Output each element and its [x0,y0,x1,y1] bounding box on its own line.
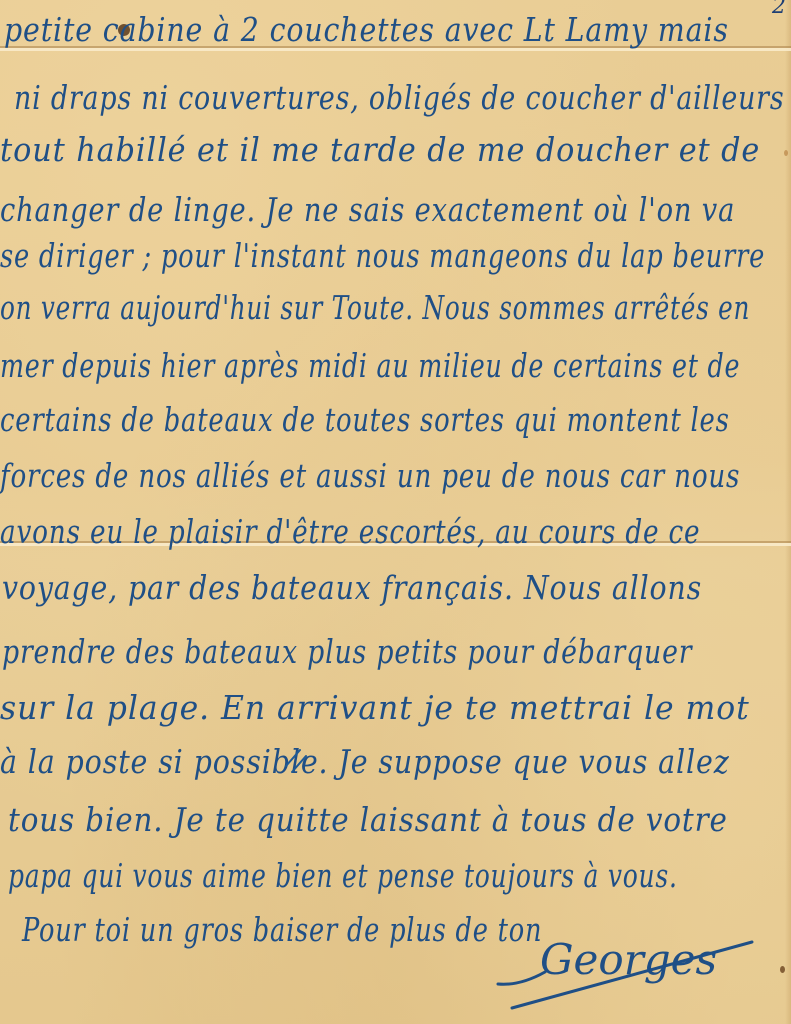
letter-line-9: forces de nos alliés et aussi un peu de … [0,456,740,495]
letter-line-14: à la poste si possible. Je suppose que v… [0,742,730,781]
letter-line-12: prendre des bateaux plus petits pour déb… [2,632,692,671]
letter-line-17: Pour toi un gros baiser de plus de ton [22,910,542,949]
letter-line-16: papa qui vous aime bien et pense toujour… [8,856,678,895]
letter-line-5: se diriger ; pour l'instant nous mangeon… [0,236,765,275]
page-number: 2 [772,0,786,19]
letter-line-8: certains de bateaux de toutes sortes qui… [0,400,730,439]
letter-line-10: avons eu le plaisir d'être escortés, au … [0,512,700,551]
letter-line-2: ni draps ni couvertures, obligés de couc… [14,78,784,117]
letter-line-7: mer depuis hier après midi au milieu de … [0,346,740,385]
signature: Georges [540,935,717,984]
letter-line-13: sur la plage. En arrivant je te mettrai … [0,688,750,727]
paper-spot [784,150,788,156]
letter-line-6: on verra aujourd'hui sur Toute. Nous som… [0,288,750,327]
letter-line-4: changer de linge. Je ne sais exactement … [0,190,735,229]
letter-line-11: voyage, par des bateaux français. Nous a… [2,568,702,607]
letter-page: 2 petite cabine à 2 couchettes avec Lt L… [0,0,791,1024]
letter-line-1: petite cabine à 2 couchettes avec Lt Lam… [4,10,729,49]
letter-line-3: tout habillé et il me tarde de me douche… [0,130,760,169]
paper-spot [780,966,785,973]
letter-line-15: tous bien. Je te quitte laissant à tous … [8,800,728,839]
